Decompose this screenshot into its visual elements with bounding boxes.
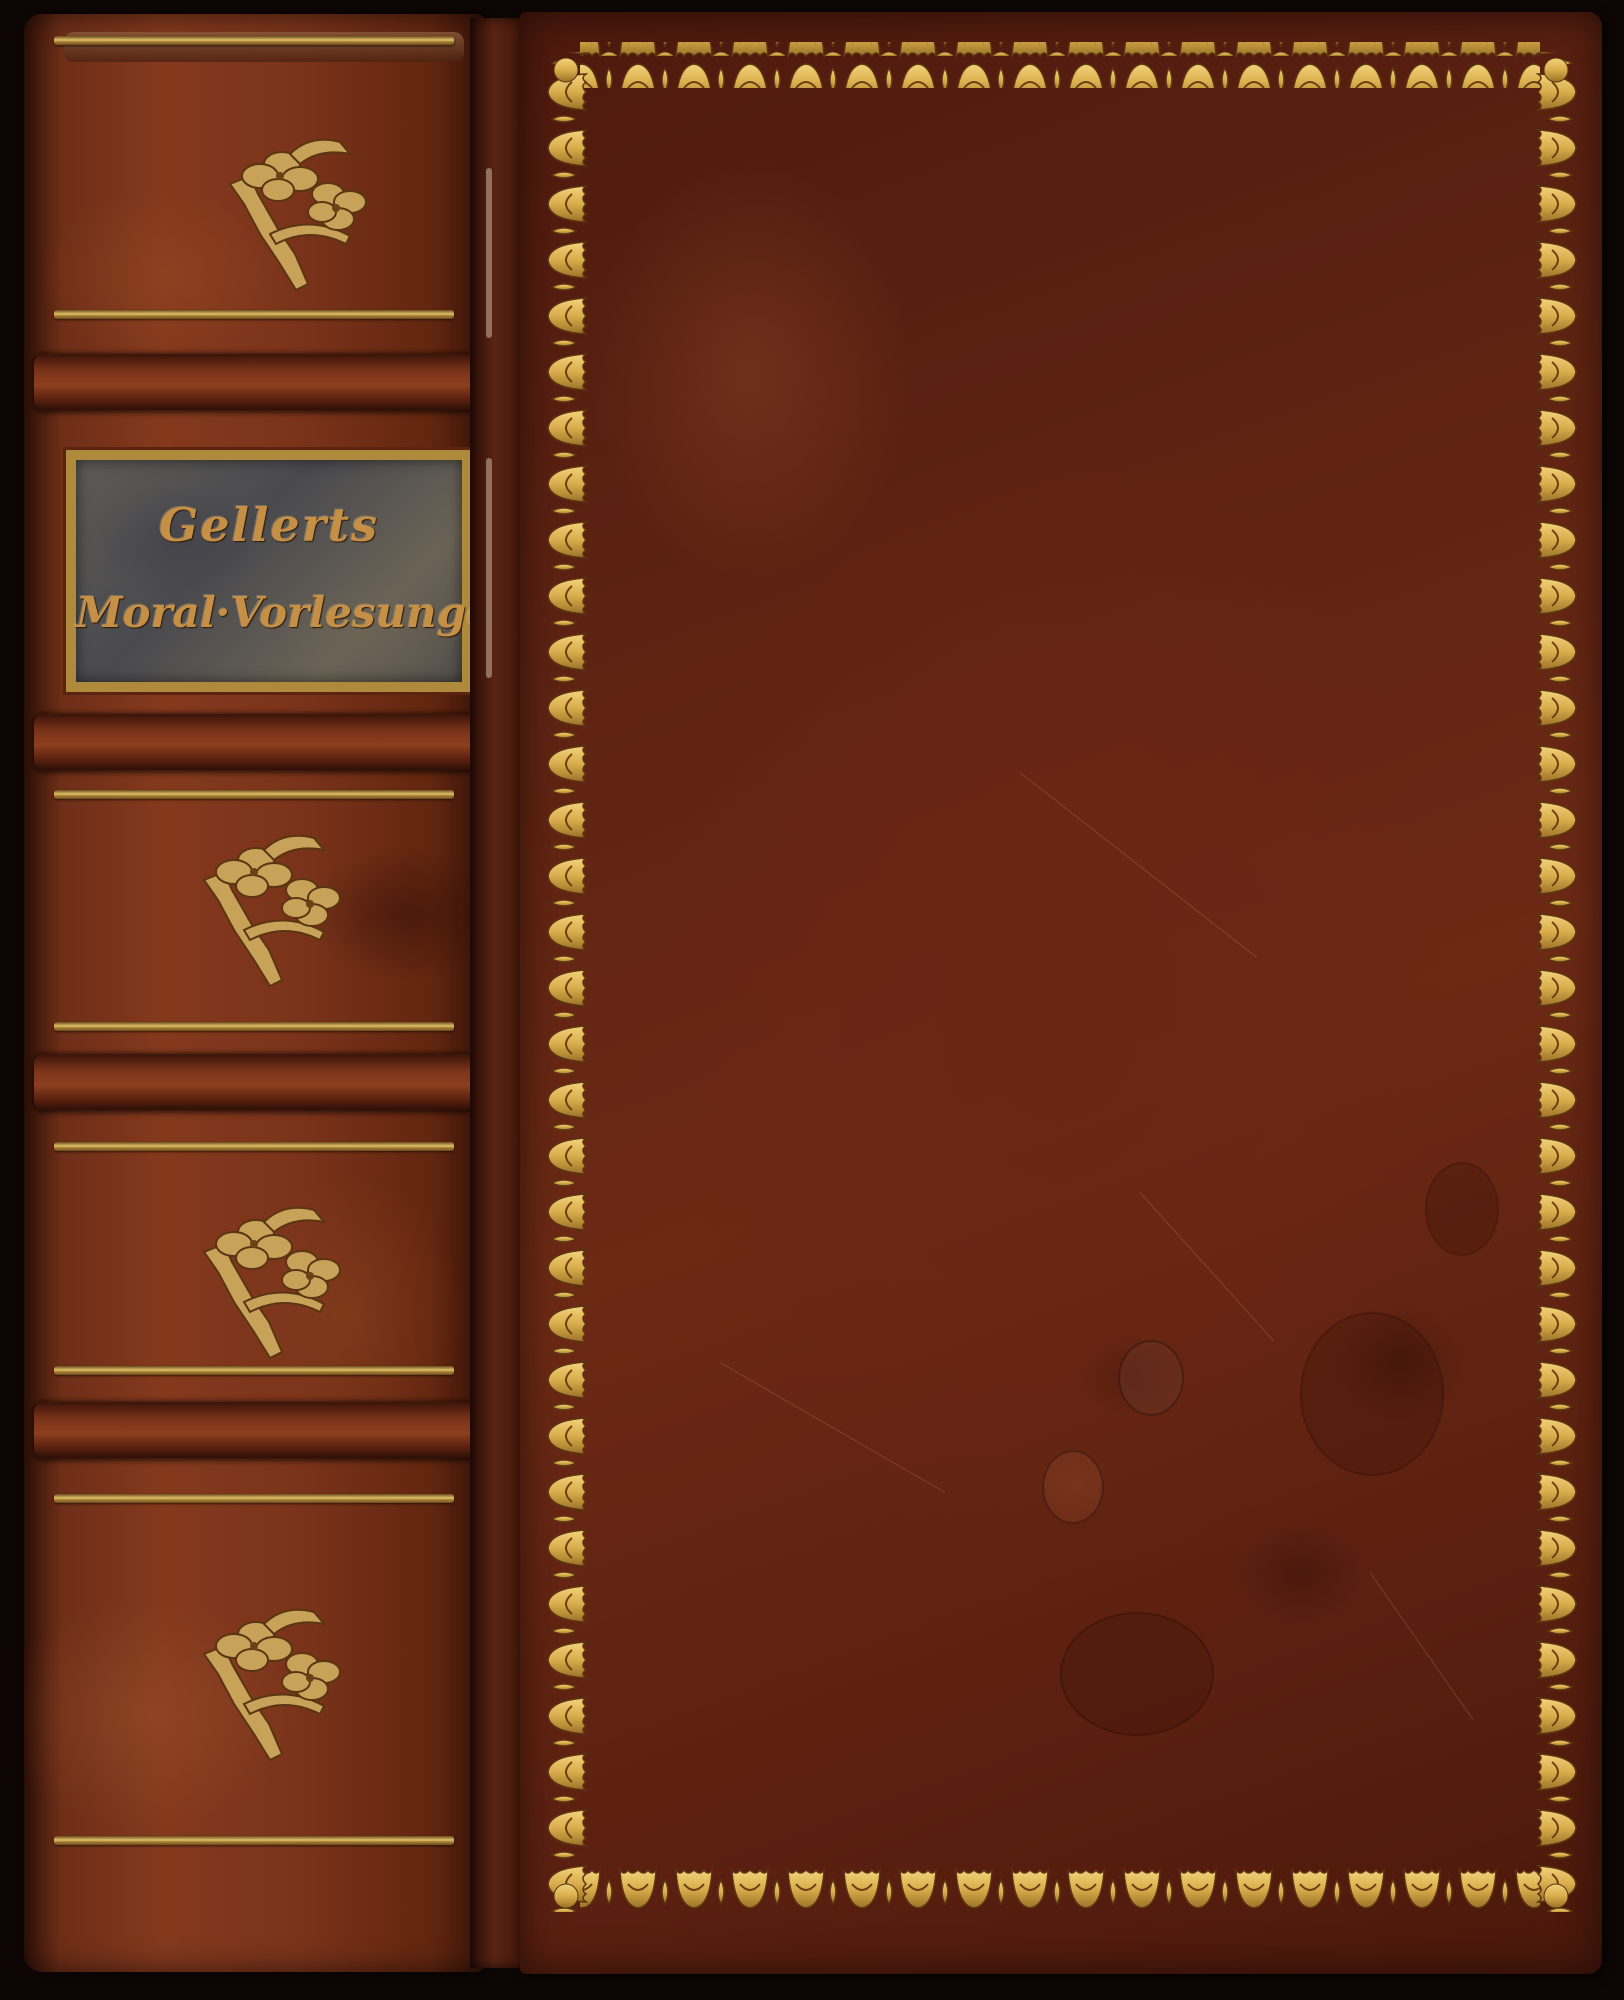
floral-ornament-icon [174, 1594, 354, 1764]
gilt-rule [54, 1142, 454, 1151]
raised-band [34, 1054, 476, 1110]
gilt-border-icon [520, 12, 1602, 1974]
gilt-rule [54, 1022, 454, 1031]
spine-title-label: Gellerts Moral·Vorlesungen [66, 450, 472, 692]
title-work: Moral·Vorlesungen [76, 588, 462, 637]
gilt-rule [54, 1366, 454, 1375]
leather-tear [486, 458, 492, 678]
book-spine: Gellerts Moral·Vorlesungen [24, 14, 486, 1972]
leather-tear [486, 168, 492, 338]
gilt-rule [54, 310, 454, 319]
book-front-cover [520, 12, 1602, 1974]
raised-band [34, 714, 476, 770]
floral-ornament-icon [174, 820, 354, 990]
gilt-rule [54, 790, 454, 799]
raised-band [34, 1402, 476, 1458]
gilt-rule [54, 1836, 454, 1845]
floral-ornament-icon [174, 1192, 354, 1362]
floral-ornament-icon [200, 124, 380, 294]
title-author: Gellerts [76, 498, 462, 552]
raised-band [34, 354, 476, 410]
gilt-rule [54, 1494, 454, 1503]
gilt-rule [54, 36, 454, 45]
